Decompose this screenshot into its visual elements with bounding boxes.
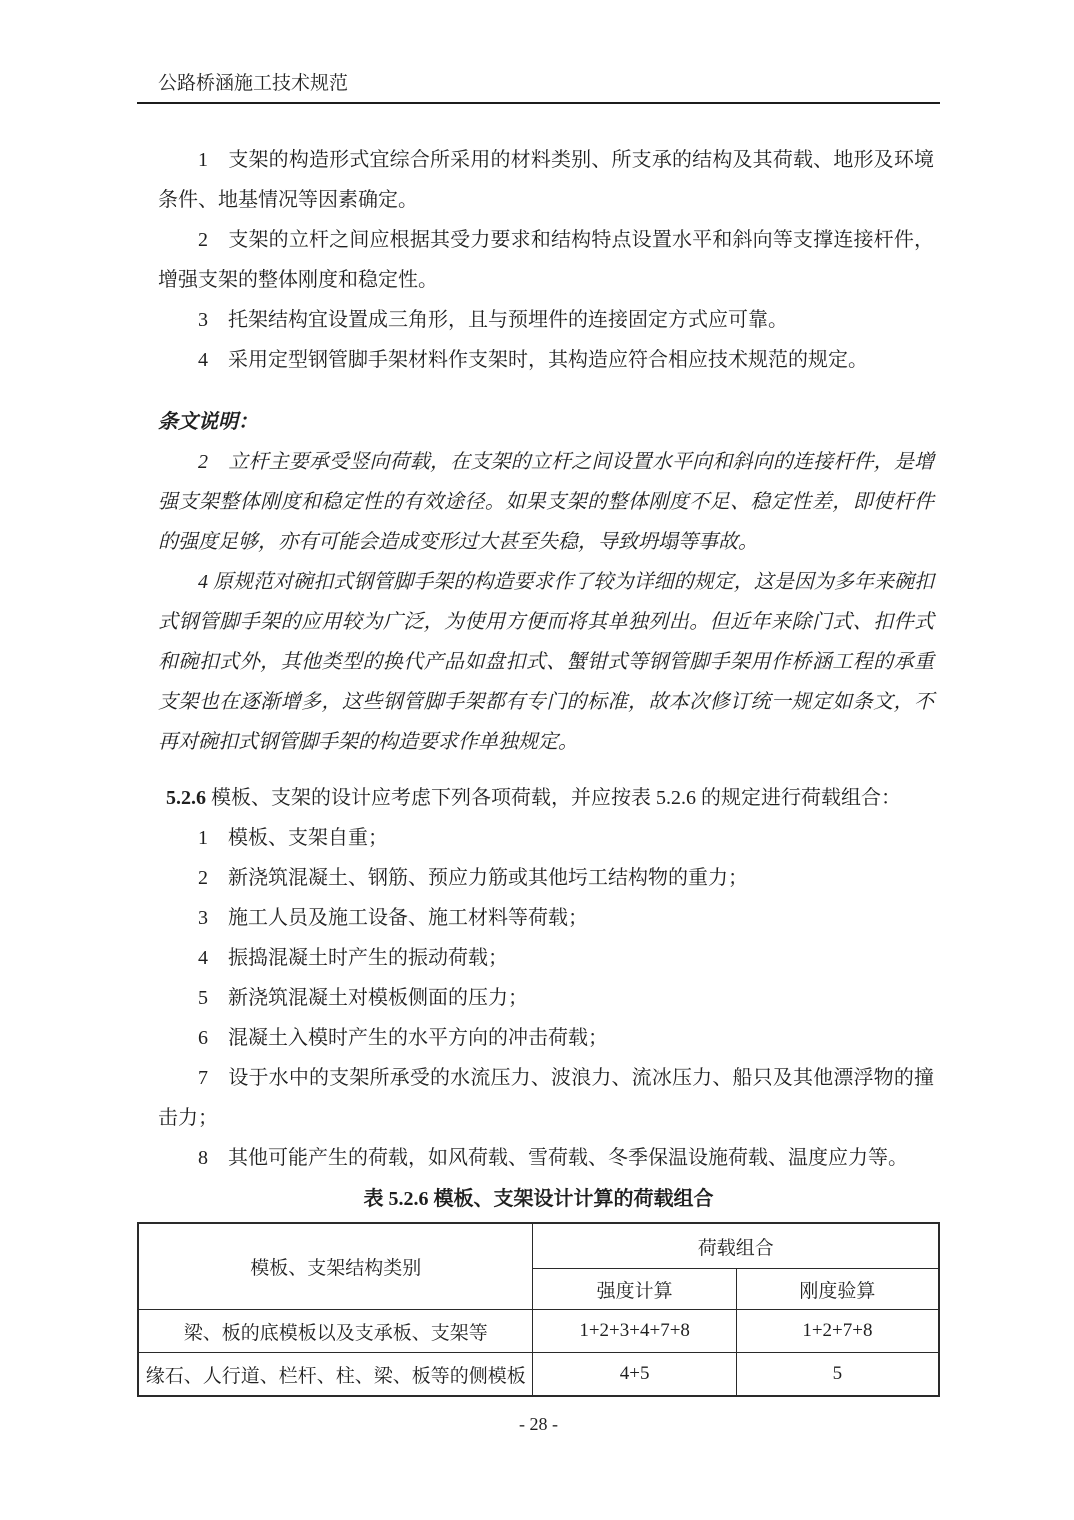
load-item: 2 新浇筑混凝土、钢筋、预应力筋或其他圬工结构物的重力； <box>158 858 934 898</box>
clause-item: 3 托架结构宜设置成三角形，且与预埋件的连接固定方式应可靠。 <box>158 300 934 340</box>
cell-stiffness: 1+2+7+8 <box>736 1310 939 1353</box>
table-row: 梁、板的底模板以及支承板、支架等 1+2+3+4+7+8 1+2+7+8 <box>138 1310 939 1353</box>
cell-category: 缘石、人行道、栏杆、柱、梁、板等的侧模板 <box>138 1353 533 1397</box>
table-caption: 表 5.2.6 模板、支架设计计算的荷载组合 <box>137 1184 940 1214</box>
table-header-strength: 强度计算 <box>533 1269 736 1310</box>
clause-526-intro: 5.2.6 模板、支架的设计应考虑下列各项荷载，并应按表 5.2.6 的规定进行… <box>158 778 934 818</box>
load-item: 7 设于水中的支架所承受的水流压力、波浪力、流冰压力、船只及其他漂浮物的撞击力； <box>158 1058 934 1138</box>
load-combination-table: 模板、支架结构类别 荷载组合 强度计算 刚度验算 梁、板的底模板以及支承板、支架… <box>137 1222 940 1397</box>
cell-strength: 1+2+3+4+7+8 <box>533 1310 736 1353</box>
clause-number: 5.2.6 <box>166 787 206 809</box>
clause-525-items: 1 支架的构造形式宜综合所采用的材料类别、所支承的结构及其荷载、地形及环境条件、… <box>137 140 940 380</box>
table-row: 缘石、人行道、栏杆、柱、梁、板等的侧模板 4+5 5 <box>138 1353 939 1397</box>
table-header-row: 模板、支架结构类别 荷载组合 <box>138 1223 939 1269</box>
table-header-category: 模板、支架结构类别 <box>138 1223 533 1310</box>
cell-stiffness: 5 <box>736 1353 939 1397</box>
document-page: 公路桥涵施工技术规范 1 支架的构造形式宜综合所采用的材料类别、所支承的结构及其… <box>0 0 1074 1520</box>
running-header: 公路桥涵施工技术规范 <box>137 73 940 104</box>
clause-item: 1 支架的构造形式宜综合所采用的材料类别、所支承的结构及其荷载、地形及环境条件、… <box>158 140 934 220</box>
commentary-paragraph: 2 立杆主要承受竖向荷载，在支架的立杆之间设置水平向和斜向的连接杆件，是增强支架… <box>158 442 934 562</box>
clause-item: 2 支架的立杆之间应根据其受力要求和结构特点设置水平和斜向等支撑连接杆件，增强支… <box>158 220 934 300</box>
load-item: 5 新浇筑混凝土对模板侧面的压力； <box>158 978 934 1018</box>
clause-intro-text: 模板、支架的设计应考虑下列各项荷载，并应按表 5.2.6 的规定进行荷载组合： <box>206 787 901 809</box>
cell-strength: 4+5 <box>533 1353 736 1397</box>
table-header-group: 荷载组合 <box>533 1223 939 1269</box>
load-item: 3 施工人员及施工设备、施工材料等荷载； <box>158 898 934 938</box>
commentary-paragraph: 4 原规范对碗扣式钢管脚手架的构造要求作了较为详细的规定，这是因为多年来碗扣式钢… <box>158 562 934 762</box>
commentary-heading: 条文说明： <box>158 402 934 442</box>
cell-category: 梁、板的底模板以及支承板、支架等 <box>138 1310 533 1353</box>
load-item: 8 其他可能产生的荷载，如风荷载、雪荷载、冬季保温设施荷载、温度应力等。 <box>158 1138 934 1178</box>
table-header-stiffness: 刚度验算 <box>736 1269 939 1310</box>
load-item: 1 模板、支架自重； <box>158 818 934 858</box>
document-title: 公路桥涵施工技术规范 <box>158 73 348 94</box>
page-number: - 28 - <box>137 1413 940 1435</box>
clause-526-section: 5.2.6 模板、支架的设计应考虑下列各项荷载，并应按表 5.2.6 的规定进行… <box>137 778 940 1178</box>
load-item: 4 振捣混凝土时产生的振动荷载； <box>158 938 934 978</box>
load-item: 6 混凝土入模时产生的水平方向的冲击荷载； <box>158 1018 934 1058</box>
clause-item: 4 采用定型钢管脚手架材料作支架时，其构造应符合相应技术规范的规定。 <box>158 340 934 380</box>
commentary-section: 条文说明： 2 立杆主要承受竖向荷载，在支架的立杆之间设置水平向和斜向的连接杆件… <box>137 402 940 762</box>
